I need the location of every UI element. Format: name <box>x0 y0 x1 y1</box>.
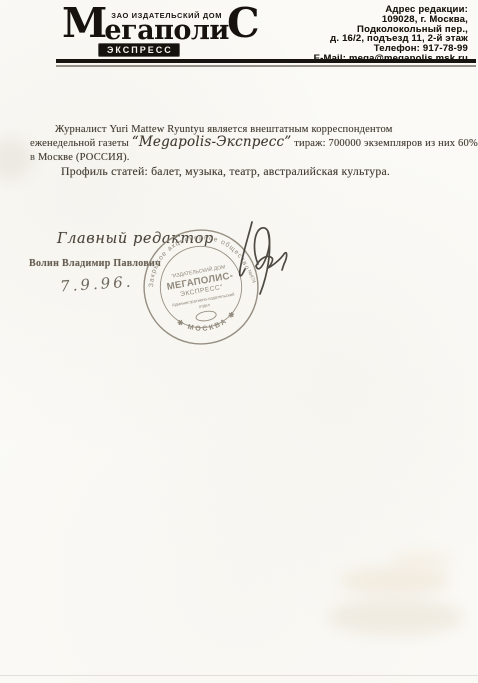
logo-wordmark: М ЗАО ИЗДАТЕЛЬСКИЙ ДОМ егаполи С <box>62 8 259 40</box>
body-line-2: еженедельной газеты “Megapolis-Экспресс”… <box>30 136 478 150</box>
megapolis-logo: М ЗАО ИЗДАТЕЛЬСКИЙ ДОМ егаполи С ЭКСПРЕС… <box>62 8 259 58</box>
scan-smudge <box>0 138 32 180</box>
body-line-3: в Москве (РОССИЯ). <box>30 151 478 164</box>
body-line-2-suffix: тираж: 700000 экземпляров из них 60% <box>291 138 478 149</box>
pen-signature <box>210 210 310 310</box>
stamp-rim-bottom-text: ✱ МОСКВА ✱ <box>174 308 240 338</box>
paper-edge-shadow <box>0 675 478 676</box>
address-block: Адрес редакции: 109028, г. Москва, Подко… <box>314 5 468 64</box>
stamp-center-line-5: отдел <box>198 302 210 309</box>
bleedthrough-smudge <box>340 568 450 594</box>
letter-body: Журналист Yuri Mattew Ryuntyu является в… <box>30 123 478 179</box>
stamp-small-oval <box>195 310 217 323</box>
logo-letters-mid: егаполи <box>104 21 229 40</box>
body-line-2-prefix: еженедельной газеты <box>30 138 132 149</box>
scanned-letter-page: М ЗАО ИЗДАТЕЛЬСКИЙ ДОМ егаполи С ЭКСПРЕС… <box>0 0 478 683</box>
logo-letter-m: М <box>62 8 106 40</box>
bleedthrough-smudge <box>328 598 463 636</box>
handwritten-date: 7.9.96. <box>59 272 134 295</box>
header-rule-thin <box>56 65 476 67</box>
header-rule-thick <box>56 59 476 63</box>
logo-letter-s: С <box>227 8 259 40</box>
logo-express-badge: ЭКСПРЕСС <box>98 43 180 57</box>
bleedthrough-smudge <box>392 552 452 570</box>
body-line-4: Профиль статей: балет, музыка, театр, ав… <box>30 165 478 178</box>
newspaper-title: “Megapolis-Экспресс” <box>132 134 292 150</box>
